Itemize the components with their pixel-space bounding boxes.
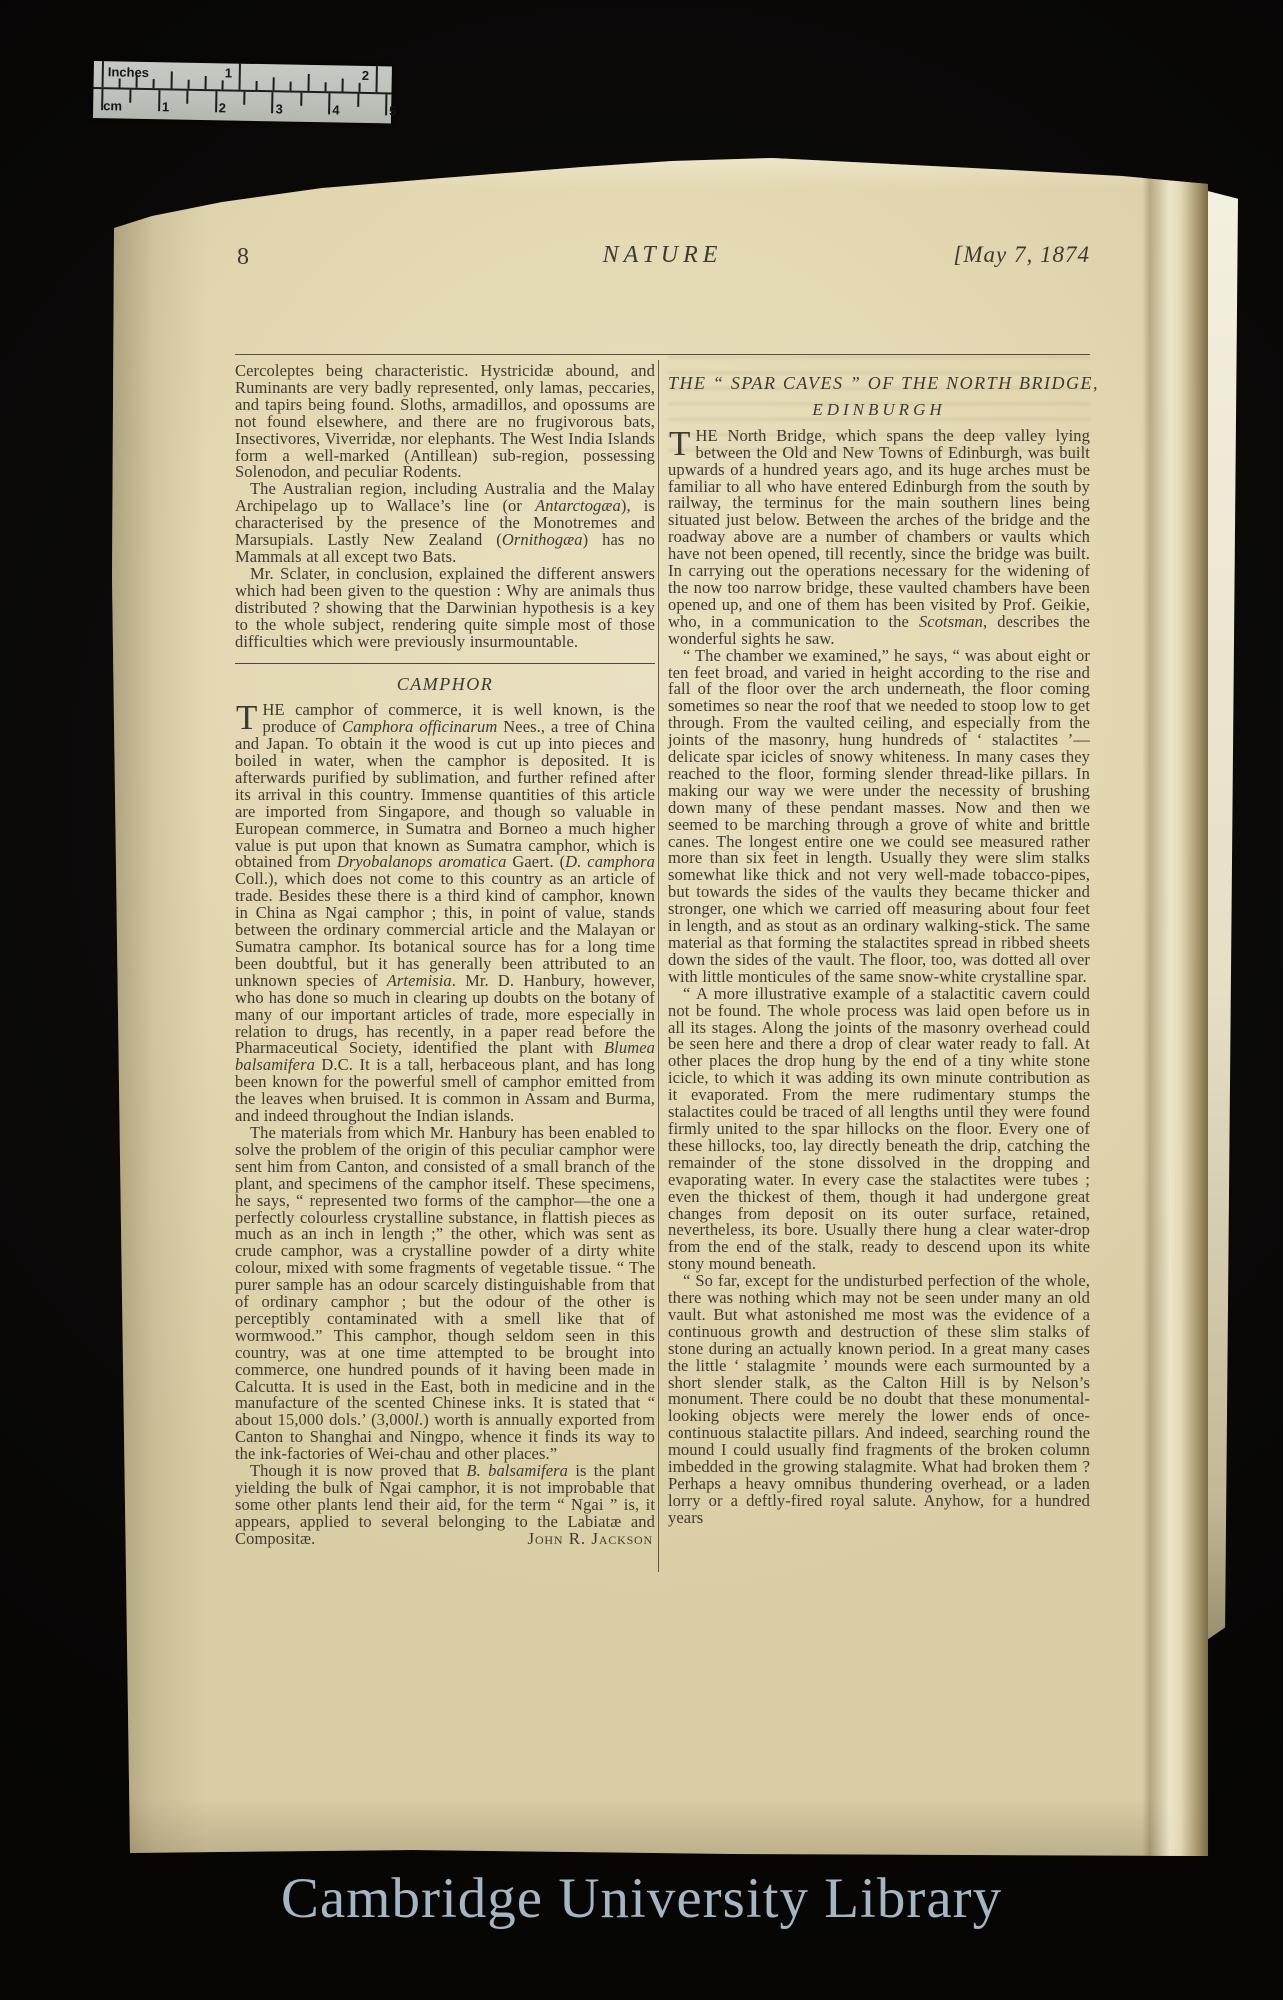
text-run: “ The chamber we examined,” he says, “ w…: [668, 646, 1090, 986]
text-run: HE North Bridge, which spans the deep va…: [668, 426, 1090, 631]
paragraph: The Australian region, including Austral…: [235, 481, 655, 566]
ruler-inches-label: Inches: [108, 64, 149, 80]
article-heading: THE “ SPAR CAVES ” OF THE NORTH BRIDGE,E…: [668, 375, 1090, 419]
text-run: “ So far, except for the undisturbed per…: [668, 1271, 1090, 1527]
ruler-inch-tick: [153, 79, 155, 88]
paragraph: “ The chamber we examined,” he says, “ w…: [668, 648, 1090, 986]
right-column: THE “ SPAR CAVES ” OF THE NORTH BRIDGE,E…: [668, 363, 1090, 1527]
scan-backdrop: Inches cm 12 12345 8 NATURE [May 7, 1874…: [0, 0, 1283, 2000]
ruler-cm-tick: [357, 94, 359, 107]
ruler-cm-tick: [186, 91, 188, 104]
paragraph: “ So far, except for the undisturbed per…: [668, 1273, 1090, 1527]
paragraph: Mr. Sclater, in conclusion, explained th…: [235, 566, 655, 651]
ruler-inch-tick: [221, 80, 223, 89]
header-rule: [235, 354, 1090, 355]
ruler-cm-tick: [328, 93, 330, 114]
ruler-inch-tick: [119, 78, 121, 87]
ruler-inch-tick: [170, 71, 172, 88]
ruler-cm-label: cm: [103, 98, 122, 113]
ruler-cm-tick: [271, 92, 273, 113]
journal-page: 8 NATURE [May 7, 1874 Cercoleptes being …: [112, 158, 1208, 1858]
drop-cap: T: [235, 702, 262, 732]
ruler-cm-number: 3: [275, 101, 283, 116]
column-divider-rule: [658, 360, 659, 1572]
article-heading-line: THE “ SPAR CAVES ” OF THE NORTH BRIDGE,: [668, 375, 1090, 392]
ruler-inch-tick: [187, 80, 189, 89]
library-watermark: Cambridge University Library: [0, 1866, 1283, 1931]
text-run: Nees., a tree of China and Japan. To obt…: [235, 717, 655, 871]
ruler-inch-number: 2: [362, 68, 370, 83]
ruler-cm-number: 5: [389, 103, 397, 118]
drop-cap: T: [668, 428, 695, 458]
italic-text: Ornithogæa: [502, 530, 583, 549]
paragraph: THE North Bridge, which spans the deep v…: [668, 428, 1090, 648]
ruler-inch-tick: [358, 83, 360, 92]
ruler-cm-tick: [215, 91, 217, 112]
ruler-inch-tick: [238, 64, 240, 90]
printed-content: 8 NATURE [May 7, 1874 Cercoleptes being …: [112, 158, 1208, 1858]
ruler-cm-tick: [101, 89, 103, 110]
text-run: “ A more illustrative example of a stala…: [668, 984, 1090, 1274]
ruler-inch-tick: [136, 75, 138, 88]
ruler-inch-tick: [273, 77, 275, 90]
ruler-cm-tick: [130, 90, 132, 103]
article-heading: CAMPHOR: [235, 676, 655, 693]
ruler-inch-tick: [324, 82, 326, 91]
ruler-inch-tick: [204, 76, 206, 89]
text-run: Cercoleptes being characteristic. Hystri…: [235, 361, 655, 481]
ruler-cm-number: 1: [162, 99, 170, 114]
text-run: Mr. Sclater, in conclusion, explained th…: [235, 564, 655, 651]
article-heading-line: EDINBURGH: [668, 402, 1090, 419]
ruler-inch-tick: [375, 66, 377, 92]
ruler-inch-tick: [341, 79, 343, 92]
ruler-inch-tick: [290, 82, 292, 91]
left-column: Cercoleptes being characteristic. Hystri…: [235, 363, 655, 1548]
ruler-inch-tick: [102, 61, 104, 87]
underlying-page-edge: [1204, 190, 1238, 1642]
section-divider-rule: [235, 663, 655, 664]
ruler-cm-number: 2: [219, 100, 227, 115]
ruler-cm-tick: [158, 90, 160, 111]
paragraph: “ A more illustrative example of a stala…: [668, 986, 1090, 1273]
paragraph: THE camphor of commerce, it is well know…: [235, 702, 655, 1125]
italic-text: Scotsman: [919, 612, 983, 631]
paragraph: Cercoleptes being characteristic. Hystri…: [235, 363, 655, 481]
issue-date: [May 7, 1874: [953, 242, 1090, 268]
article-heading-line: CAMPHOR: [235, 676, 655, 693]
ruler-inch-tick: [256, 81, 258, 90]
ruler-cm-tick: [385, 94, 387, 115]
ruler-cm-number: 4: [332, 102, 340, 117]
text-run: The materials from which Mr. Hanbury has…: [235, 1123, 655, 1429]
measurement-ruler: Inches cm 12 12345: [93, 61, 392, 123]
ruler-inch-number: 1: [225, 65, 233, 80]
paragraph: The materials from which Mr. Hanbury has…: [235, 1125, 655, 1463]
running-header: 8 NATURE [May 7, 1874: [235, 242, 1090, 274]
ruler-cm-tick: [243, 92, 245, 105]
ruler-cm-tick: [300, 93, 302, 106]
ruler-inch-tick: [307, 74, 309, 91]
